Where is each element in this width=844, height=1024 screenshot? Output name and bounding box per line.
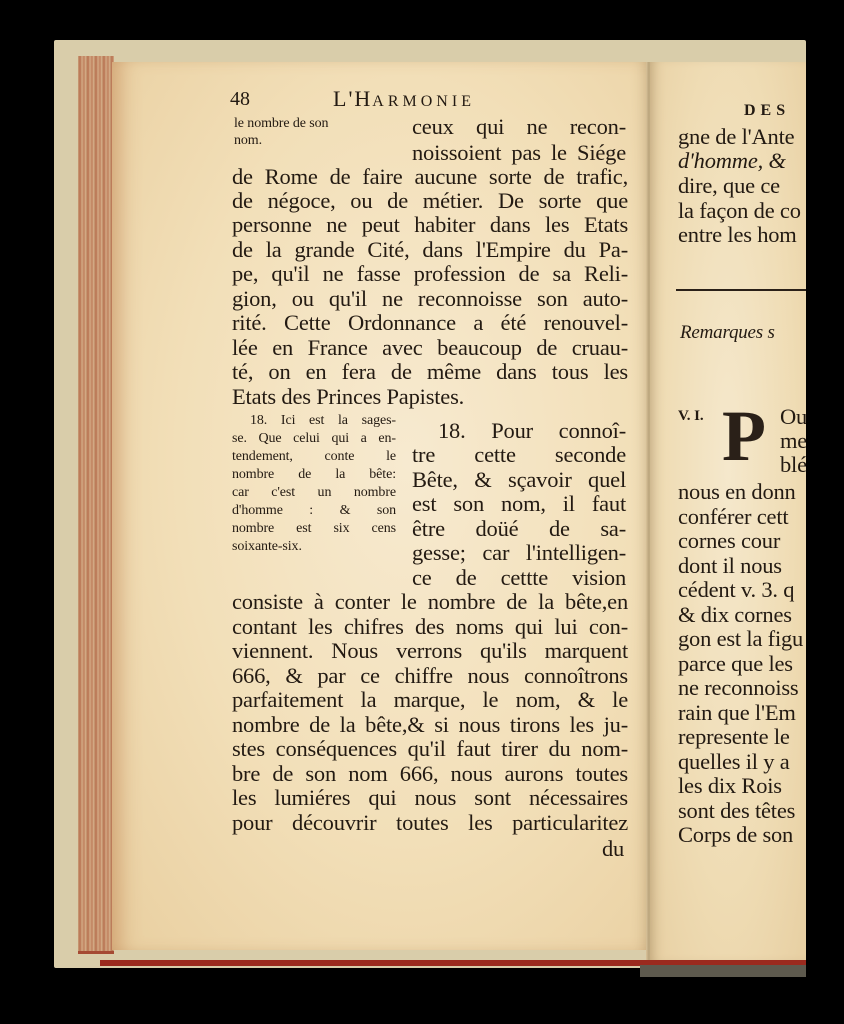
section-rule: [676, 289, 806, 291]
text-line: consiste à conter le nombre de la bête,e…: [232, 589, 628, 615]
text-line: represente le: [678, 724, 790, 750]
text-line: les dix Rois: [678, 773, 782, 799]
text-line: pour découvrir toutes les particularitez: [232, 810, 628, 836]
text-line: Bête, & sçavoir quel: [412, 467, 626, 493]
text-line: ne reconnoiss: [678, 675, 799, 701]
text-line: ceux qui ne recon-: [412, 114, 626, 140]
text-line: quelles il y a: [678, 749, 790, 775]
verse-label: V. I.: [678, 408, 704, 425]
drop-cap: P: [722, 400, 766, 472]
text-line: nous en donn: [678, 479, 796, 505]
text-line: la façon de co: [678, 198, 801, 224]
text-line: d'homme, &: [678, 148, 786, 174]
text-line: nombre de la bête,& si nous tirons les j…: [232, 712, 628, 738]
text-line: 666, & par ce chiffre nous connoîtrons: [232, 663, 628, 689]
text-line: parfaitement la marque, le nom, & le: [232, 687, 628, 713]
margin-note-line: nombre est six cens: [232, 521, 396, 537]
text-line: sont des têtes: [678, 798, 795, 824]
text-line: conférer cett: [678, 504, 788, 530]
text-line: 18. Pour connoî-: [438, 418, 626, 444]
text-line: cornes cour: [678, 528, 780, 554]
text-line: rité. Cette Ordonnance a été renouvel-: [232, 310, 628, 336]
text-line: gon est la figu: [678, 626, 803, 652]
margin-note-line: tendement, conte le: [232, 449, 396, 465]
text-line: rain que l'Em: [678, 700, 796, 726]
text-line: gne de l'Ante: [678, 124, 794, 150]
text-line: pe, qu'il ne fasse profession de sa Reli…: [232, 261, 628, 287]
page-number: 48: [230, 88, 250, 111]
text-line: de négoce, ou de métier. De sorte que: [232, 188, 628, 214]
margin-note-line: car c'est un nombre: [232, 485, 396, 501]
text-line: viennent. Nous verrons qu'ils marquent: [232, 638, 628, 664]
text-line: tre cette seconde: [412, 442, 626, 468]
text-line: est son nom, il faut: [412, 491, 626, 517]
text-line: lée en France avec beaucoup de cruau-: [232, 335, 628, 361]
text-line: parce que les: [678, 651, 793, 677]
margin-note-line: soixante-six.: [232, 539, 302, 555]
text-line: les lumiéres qui nous sont nécessaires: [232, 785, 628, 811]
text-line: Corps de son: [678, 822, 793, 848]
text-line: noissoient pas le Siége: [412, 140, 626, 166]
running-head: L'HARMONIE: [333, 86, 475, 112]
text-line: contant les chifres des noms qui lui con…: [232, 614, 628, 640]
margin-note-line: 18. Ici est la sages-: [250, 413, 396, 429]
text-line: stes conséquences qu'il faut tirer du no…: [232, 736, 628, 762]
running-head-right: DES: [744, 102, 790, 120]
text-line: cédent v. 3. q: [678, 577, 794, 603]
margin-note-line: le nombre de son: [234, 116, 328, 132]
margin-note-line: d'homme : & son: [232, 503, 396, 519]
section-title: Remarques s: [680, 322, 775, 344]
margin-note-line: se. Que celui qui a en-: [232, 431, 396, 447]
text-line: dire, que ce: [678, 173, 780, 199]
text-line: dont il nous: [678, 553, 782, 579]
text-line: Ou: [780, 404, 807, 430]
text-line: blé: [780, 452, 807, 478]
catchword: du: [602, 836, 624, 862]
text-line: té, on en fera de même dans tous les: [232, 359, 628, 385]
running-head-rest: ARMONIE: [372, 93, 475, 110]
text-line: entre les hom: [678, 222, 797, 248]
cover-edge-shadow: [640, 965, 806, 977]
text-line: me: [780, 428, 807, 454]
margin-note-line: nom.: [234, 133, 262, 149]
scan-background-edge: [806, 0, 844, 1024]
text-line: de Rome de faire aucune sorte de trafic,: [232, 164, 628, 190]
text-line: personne ne peut habiter dans les Etats: [232, 212, 628, 238]
running-head-initial: L'H: [333, 86, 372, 111]
text-line: gesse; car l'intelligen-: [412, 540, 626, 566]
text-line: & dix cornes: [678, 602, 792, 628]
margin-note-line: nombre de la bête:: [232, 467, 396, 483]
text-line: être doüé de sa-: [412, 516, 626, 542]
page-block-edges: [78, 56, 114, 954]
text-line: ce de cettte vision: [412, 565, 626, 591]
text-line: bre de son nom 666, nous aurons toutes: [232, 761, 628, 787]
text-line: Etats des Princes Papistes.: [232, 384, 464, 410]
text-line: de la grande Cité, dans l'Empire du Pa-: [232, 237, 628, 263]
text-line: gion, ou qu'il ne reconnoisse son auto-: [232, 286, 628, 312]
